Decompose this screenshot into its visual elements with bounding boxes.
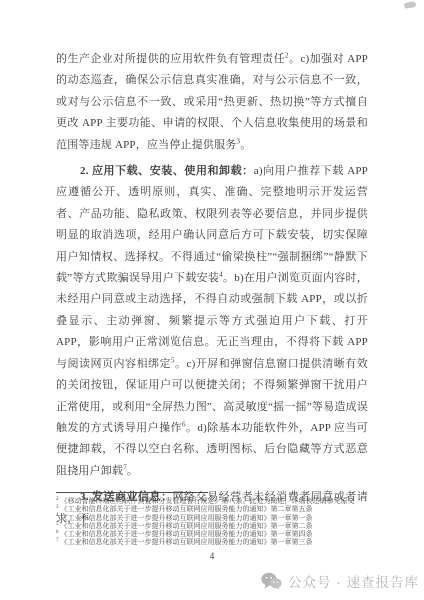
footnote-marker: 4 (56, 513, 59, 518)
footnote-item: 7《工业和信息化部关于进一步提升移动互联网应用服务能力的通知》第一章第三条 (56, 538, 376, 546)
footnote-item: 3《工业和信息化部关于进一步提升移动互联网应用服务能力的通知》第二章第五条 (56, 505, 376, 513)
section-heading-run: 2. 应用下载、安装、使用和卸载： (80, 165, 254, 177)
text-run: 。c)加强对 APP 的动态巡查，确保公示信息真实准确，对与公示信息不一致，或对… (56, 53, 368, 151)
footnote-marker: 6 (56, 530, 59, 535)
watermark-text: 公众号 · 速查报告库 (288, 571, 419, 591)
footnotes-list: 2《移动智能终端应用软件预置和分发管理暂行规定》第八条。此处为简述，详细表述请参… (56, 497, 376, 547)
scan-artifact (404, 1, 417, 9)
document-body: 的生产企业对所提供的应用软件负有管理责任2。c)加强对 APP 的动态巡查，确保… (56, 49, 368, 535)
footnote-item: 5《工业和信息化部关于进一步提升移动互联网应用服务能力的通知》第一章第二条 (56, 522, 376, 530)
footnote-separator (56, 492, 208, 493)
footnote-item: 4《工业和信息化部关于进一步提升移动互联网应用服务能力的通知》第一章第一条 (56, 514, 376, 522)
paragraph-2: 2. 应用下载、安装、使用和卸载：a)向用户推荐下载 APP 应遵循公开、透明原… (56, 161, 368, 482)
footnote-marker: 2 (56, 497, 59, 502)
page-number: 4 (0, 551, 424, 561)
wechat-icon (261, 572, 282, 590)
footnote-marker: 7 (56, 538, 59, 543)
text-run: 。 (240, 139, 251, 151)
document-page: 的生产企业对所提供的应用软件负有管理责任2。c)加强对 APP 的动态巡查，确保… (0, 0, 424, 600)
text-run: 。 (127, 465, 138, 477)
text-run: 的生产企业对所提供的应用软件负有管理责任 (56, 53, 285, 65)
text-run: a)向用户推荐下载 APP 应遵循公开、透明原则，真实、准确、完整地明示开发运营… (56, 165, 368, 284)
footnote-marker: 3 (56, 505, 59, 510)
footnote-marker: 5 (56, 522, 59, 527)
text-run: 。b)在用户浏览页面内容时，未经用户同意或主动选择，不得自动或强制下载 APP，… (56, 272, 368, 370)
watermark: 公众号 · 速查报告库 (261, 571, 419, 591)
paragraph-1: 的生产企业对所提供的应用软件负有管理责任2。c)加强对 APP 的动态巡查，确保… (56, 49, 368, 156)
